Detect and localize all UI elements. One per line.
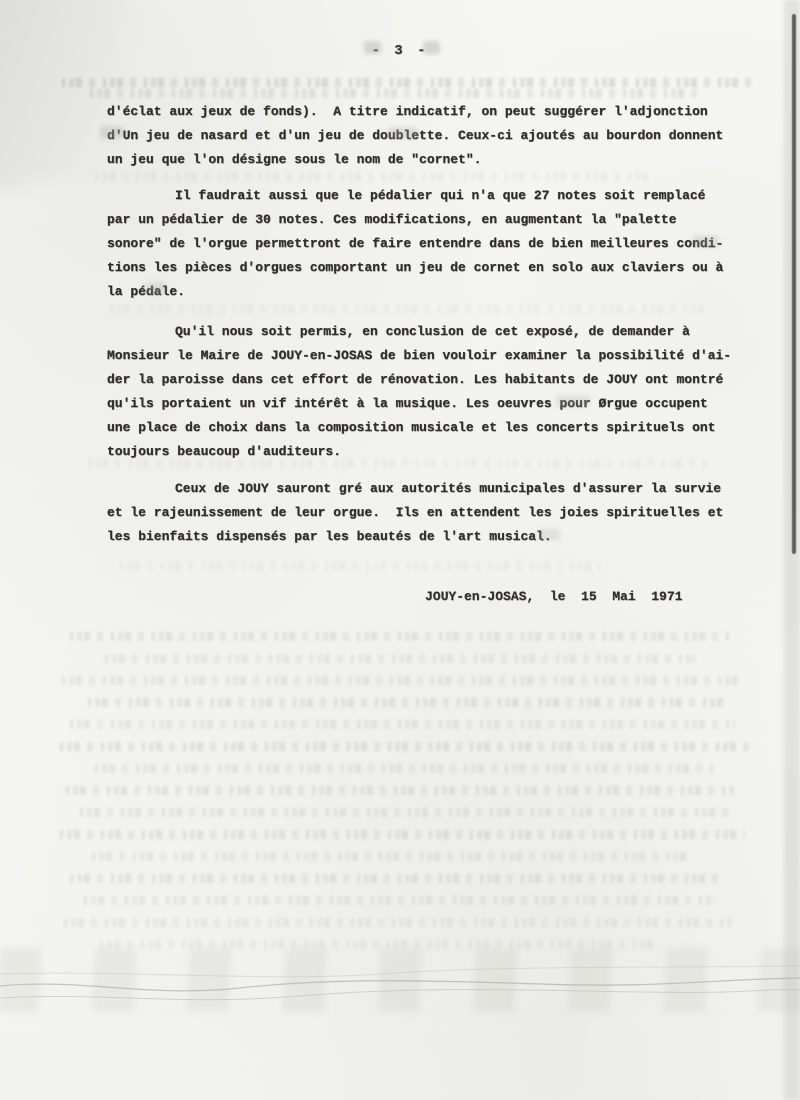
bleed-through-line xyxy=(60,830,745,839)
bleed-through-line xyxy=(60,742,750,751)
paragraph-demande-maire: Qu'il nous soit permis, en conclusion de… xyxy=(107,320,759,464)
bleed-through-line xyxy=(100,940,660,949)
bleed-through-line xyxy=(62,78,752,87)
bleed-through-line xyxy=(70,720,735,729)
bleed-through-line xyxy=(70,874,725,883)
bleed-through-line xyxy=(66,786,736,795)
bleed-through-line xyxy=(105,654,695,663)
bleed-through-line xyxy=(95,172,655,181)
bottom-crumple-band xyxy=(0,948,800,1012)
right-edge-line xyxy=(792,14,796,554)
bleed-through-line xyxy=(64,918,734,927)
scanned-letter-page: - 3 - d'éclat aux jeux de fonds). A titr… xyxy=(0,0,800,1100)
crease-lines xyxy=(0,940,800,1040)
page-number: - 3 - xyxy=(0,42,800,60)
bleed-through-line xyxy=(110,305,710,314)
dateline: JOUY-en-JOSAS, le 15 Mai 1971 xyxy=(425,585,682,609)
paragraph-continuation: d'éclat aux jeux de fonds). A titre indi… xyxy=(107,100,759,172)
paragraph-remerciements: Ceux de JOUY sauront gré aux autorités m… xyxy=(107,477,759,549)
bleed-through-line xyxy=(95,764,715,773)
bleed-through-line xyxy=(62,676,742,685)
bleed-through-line xyxy=(90,89,700,98)
paragraph-pedalier: Il faudrait aussi que le pédalier qui n'… xyxy=(107,184,759,304)
bleed-through-line xyxy=(84,896,714,905)
bleed-through-line xyxy=(92,852,692,861)
bleed-through-line xyxy=(70,632,730,641)
bleed-through-line xyxy=(80,808,730,817)
bleed-through-line xyxy=(88,698,728,707)
bleed-through-line xyxy=(120,562,600,571)
